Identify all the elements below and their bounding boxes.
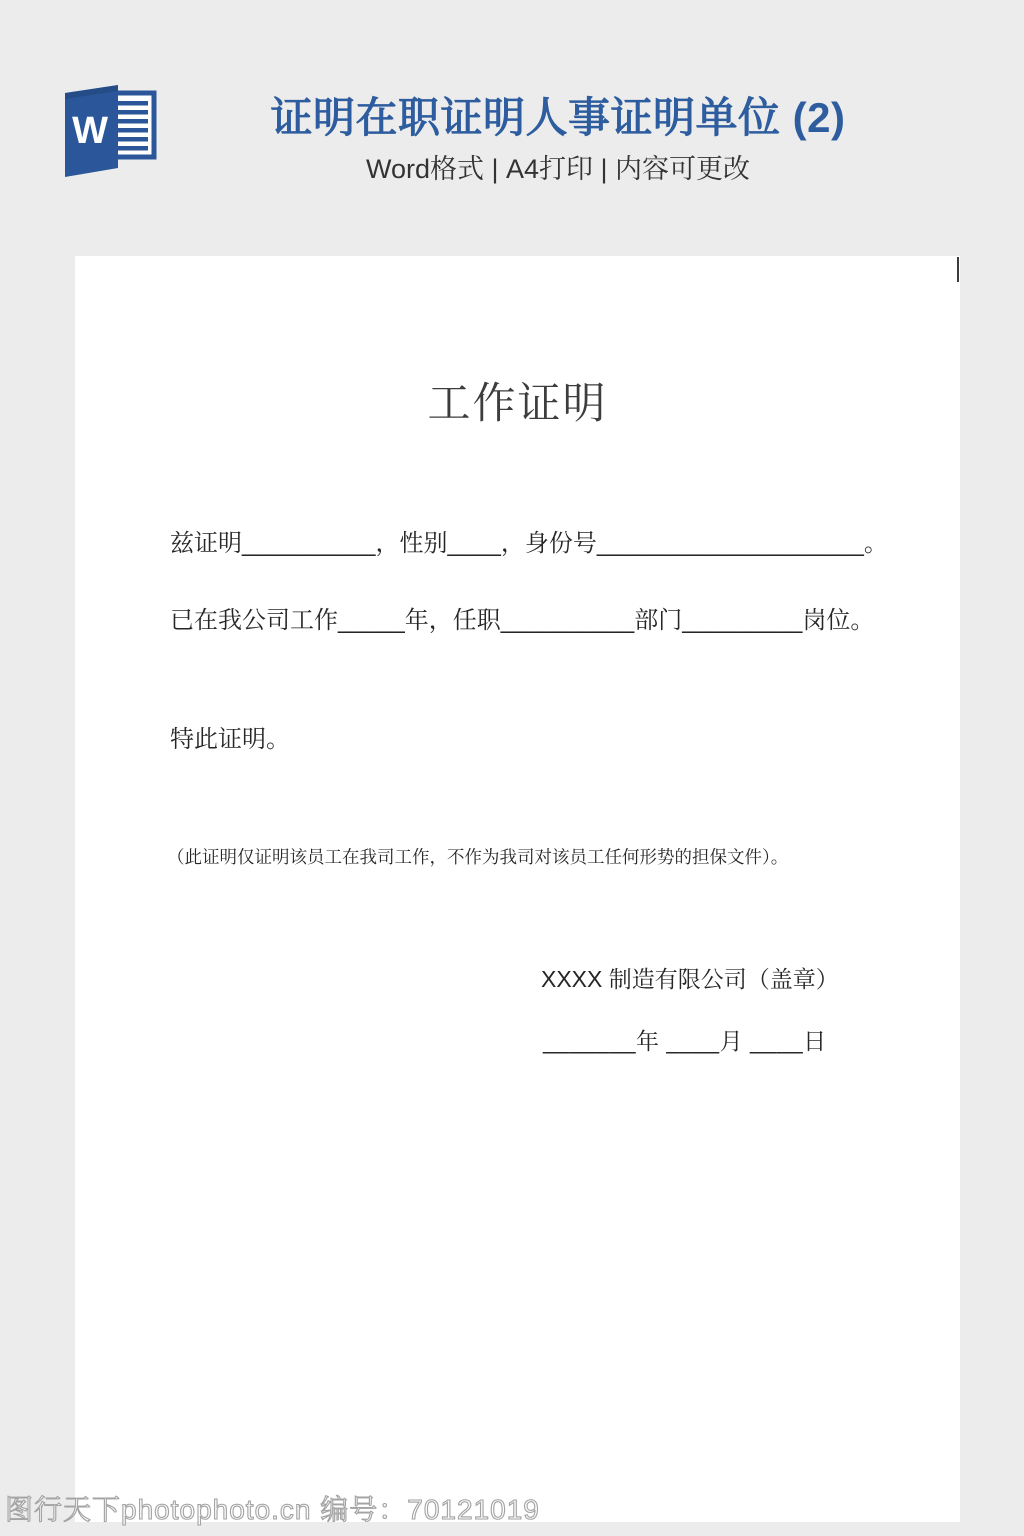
document-title: 工作证明 xyxy=(75,378,960,432)
document-line-hereby-certify: 特此证明。 xyxy=(170,724,290,755)
document-page: 工作证明 兹证明__________，性别____，身份号___________… xyxy=(75,256,960,1522)
document-disclaimer-note: （此证明仅证明该员工在我司工作，不作为我司对该员工任何形势的担保文件）。 xyxy=(167,846,788,869)
document-line-tenure-position: 已在我公司工作_____年，任职__________部门_________岗位。 xyxy=(170,605,874,636)
document-company-seal-line: XXXX 制造有限公司（盖章） xyxy=(541,965,839,995)
template-subtitle: Word格式 | A4打印 | 内容可更改 xyxy=(92,154,1024,185)
template-preview: W 证明在职证明人事证明单位 (2) Word格式 | A4打印 | 内容可更改… xyxy=(0,0,1024,1536)
site-watermark: 图行天下photophoto.cn 编号：70121019 xyxy=(5,1488,540,1528)
template-title: 证明在职证明人事证明单位 (2) xyxy=(92,94,1024,142)
document-date-line: _______年 ____月 ____日 xyxy=(543,1027,827,1057)
scrollbar-thumb[interactable] xyxy=(957,257,959,282)
document-line-name-gender-id: 兹证明__________，性别____，身份号________________… xyxy=(170,528,888,559)
